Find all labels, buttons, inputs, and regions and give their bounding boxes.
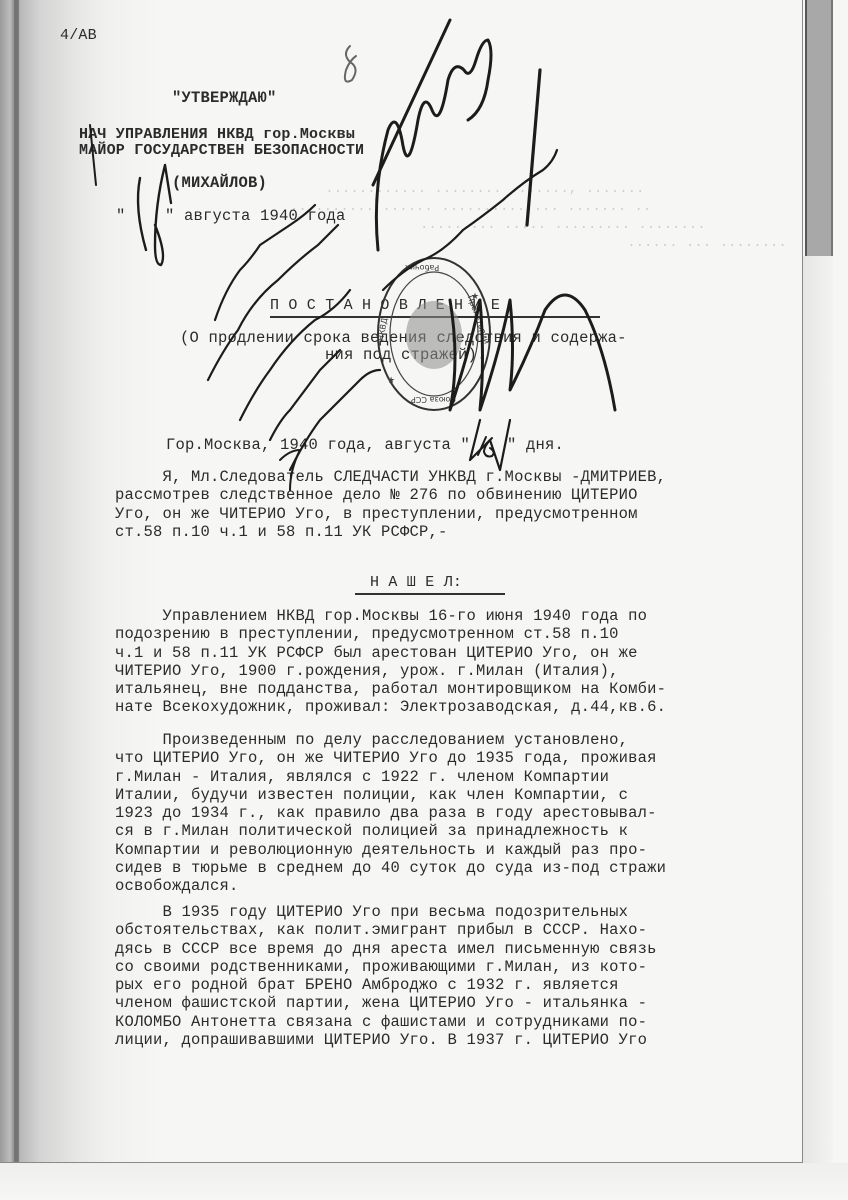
handwriting-strokes	[0, 0, 848, 1200]
